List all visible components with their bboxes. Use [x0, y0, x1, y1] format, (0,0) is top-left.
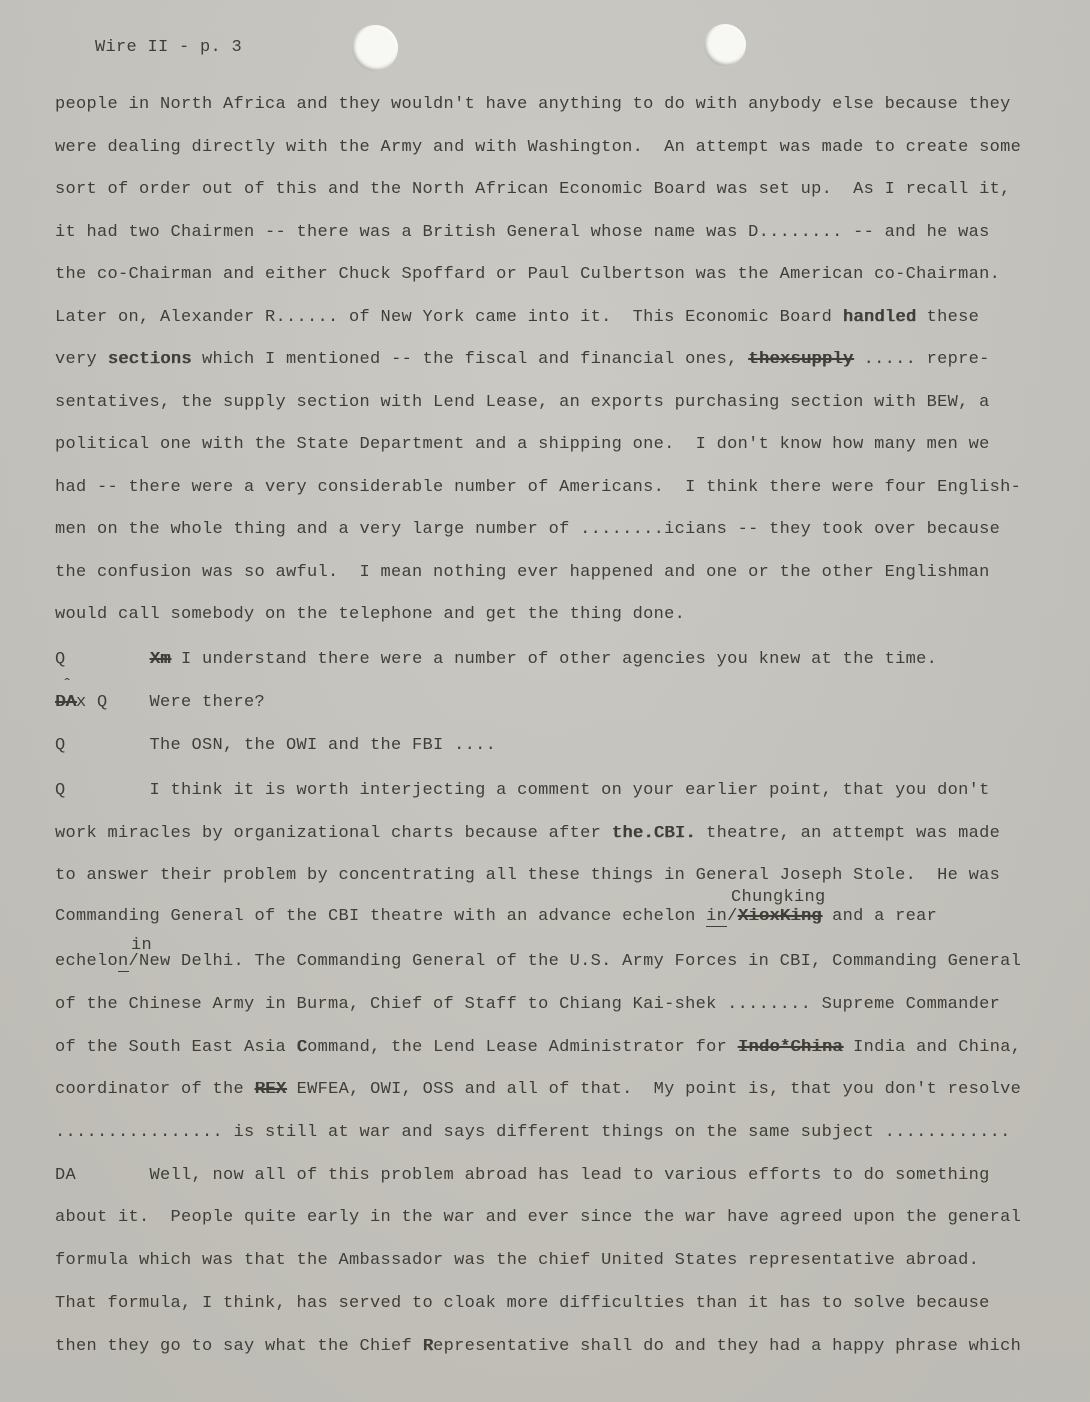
text-line: DA Well, now all of this problem abroad …: [55, 1166, 990, 1186]
text-line: the co-Chairman and either Chuck Spoffar…: [55, 265, 1000, 285]
text-line: the confusion was so awful. I mean nothi…: [55, 563, 990, 583]
text-line: then they go to say what the Chief Repre…: [55, 1337, 1021, 1357]
text-segment: then they go to say what the Chief: [55, 1337, 423, 1356]
text-segment: would call somebody on the telephone and…: [55, 605, 685, 624]
text-segment: sentatives, the supply section with Lend…: [55, 393, 990, 412]
text-segment-strike: REX: [255, 1080, 287, 1099]
text-segment: and a rear: [822, 907, 938, 926]
hole-punch-right: [704, 24, 746, 66]
text-segment: Q: [55, 650, 150, 669]
text-segment: very: [55, 350, 108, 369]
text-line: ................ is still at war and say…: [55, 1123, 1011, 1143]
text-segment: epresentative shall do and they had a ha…: [433, 1337, 1021, 1356]
text-segment: the co-Chairman and either Chuck Spoffar…: [55, 265, 1000, 284]
text-segment: Q I think it is worth interjecting a com…: [55, 781, 990, 800]
text-segment: political one with the State Department …: [55, 435, 990, 454]
text-segment: ommand, the Lend Lease Administrator for: [307, 1038, 738, 1057]
text-segment: Q The OSN, the OWI and the FBI ....: [55, 736, 496, 755]
text-segment-overtype: R: [423, 1337, 434, 1356]
text-line: Commanding General of the CBI theatre wi…: [55, 907, 937, 927]
text-line: DAx Q Were there?: [55, 693, 265, 713]
text-segment: theatre, an attempt was made: [696, 824, 1001, 843]
text-segment: these: [916, 308, 979, 327]
text-line: very sections which I mentioned -- the f…: [55, 350, 990, 370]
text-line: Q Xm I understand there were a number of…: [55, 650, 937, 670]
text-line: had -- there were a very considerable nu…: [55, 478, 1021, 498]
text-segment-underline: n: [118, 952, 129, 972]
text-segment: were dealing directly with the Army and …: [55, 138, 1021, 157]
text-line: political one with the State Department …: [55, 435, 990, 455]
text-segment: formula which was that the Ambassador wa…: [55, 1251, 979, 1270]
text-segment: EWFEA, OWI, OSS and all of that. My poin…: [286, 1080, 1021, 1099]
page-header: Wire II - p. 3: [95, 38, 242, 57]
text-segment-strike: DA: [55, 693, 76, 712]
text-segment: ..... repre-: [853, 350, 990, 369]
text-segment-strike: Xm: [150, 650, 171, 669]
text-line: Q The OSN, the OWI and the FBI ....: [55, 736, 496, 756]
text-segment: I understand there were a number of othe…: [171, 650, 938, 669]
text-segment: DA Well, now all of this problem abroad …: [55, 1166, 990, 1185]
text-segment-underline: in: [706, 907, 727, 927]
text-line: formula which was that the Ambassador wa…: [55, 1251, 979, 1271]
text-segment: which I mentioned -- the fiscal and fina…: [192, 350, 749, 369]
text-segment: to answer their problem by concentrating…: [55, 866, 1000, 885]
text-line: it had two Chairmen -- there was a Briti…: [55, 223, 990, 243]
interline-insert: Chungking: [731, 888, 826, 908]
text-segment: Chungking: [731, 888, 826, 907]
text-segment: of the South East Asia: [55, 1038, 297, 1057]
text-line: sentatives, the supply section with Lend…: [55, 393, 990, 413]
text-segment-strike: Indo*China: [738, 1038, 843, 1057]
text-segment: That formula, I think, has served to clo…: [55, 1294, 990, 1313]
text-line: men on the whole thing and a very large …: [55, 520, 1000, 540]
text-line: would call somebody on the telephone and…: [55, 605, 685, 625]
text-segment: Commanding General of the CBI theatre wi…: [55, 907, 706, 926]
text-line: of the Chinese Army in Burma, Chief of S…: [55, 995, 1000, 1015]
text-segment: /: [727, 907, 738, 926]
text-segment: sort of order out of this and the North …: [55, 180, 1011, 199]
document-page: Wire II - p. 3 people in North Africa an…: [0, 0, 1090, 1402]
text-segment: people in North Africa and they wouldn't…: [55, 95, 1011, 114]
text-segment-overtype: handled: [843, 308, 917, 327]
text-segment: had -- there were a very considerable nu…: [55, 478, 1021, 497]
text-segment-overtype: C: [297, 1038, 308, 1057]
text-line: Later on, Alexander R...... of New York …: [55, 308, 979, 328]
text-segment: ................ is still at war and say…: [55, 1123, 1011, 1142]
text-line: work miracles by organizational charts b…: [55, 824, 1000, 844]
text-line: to answer their problem by concentrating…: [55, 866, 1000, 886]
text-segment: it had two Chairmen -- there was a Briti…: [55, 223, 990, 242]
text-line: people in North Africa and they wouldn't…: [55, 95, 1011, 115]
text-segment-overtype: sections: [108, 350, 192, 369]
text-segment: x Q Were there?: [76, 693, 265, 712]
hole-punch-left: [352, 25, 398, 71]
text-segment: of the Chinese Army in Burma, Chief of S…: [55, 995, 1000, 1014]
text-segment-strike: thexsupply: [748, 350, 853, 369]
text-line: coordinator of the REX EWFEA, OWI, OSS a…: [55, 1080, 1021, 1100]
text-segment-strike: XioxKing: [738, 907, 822, 926]
text-segment: India and China,: [843, 1038, 1022, 1057]
text-line: echelon/New Delhi. The Commanding Genera…: [55, 952, 1021, 972]
text-segment: the confusion was so awful. I mean nothi…: [55, 563, 990, 582]
text-segment: work miracles by organizational charts b…: [55, 824, 612, 843]
text-line: Q I think it is worth interjecting a com…: [55, 781, 990, 801]
text-line: about it. People quite early in the war …: [55, 1208, 1021, 1228]
text-segment: about it. People quite early in the war …: [55, 1208, 1021, 1227]
text-segment: Later on, Alexander R...... of New York …: [55, 308, 843, 327]
text-segment-overtype: the.CBI.: [612, 824, 696, 843]
text-segment: men on the whole thing and a very large …: [55, 520, 1000, 539]
text-line: of the South East Asia Command, the Lend…: [55, 1038, 1021, 1058]
text-line: That formula, I think, has served to clo…: [55, 1294, 990, 1314]
text-segment: coordinator of the: [55, 1080, 255, 1099]
text-line: were dealing directly with the Army and …: [55, 138, 1021, 158]
text-line: sort of order out of this and the North …: [55, 180, 1011, 200]
text-segment: /New Delhi. The Commanding General of th…: [129, 952, 1022, 971]
text-segment: echelo: [55, 952, 118, 971]
